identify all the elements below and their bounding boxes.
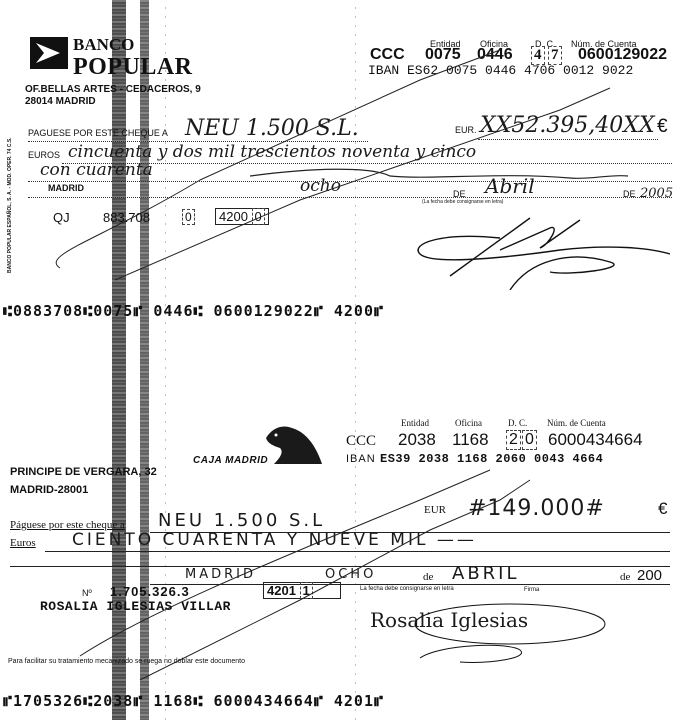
crossing-lines-cheque-2: [0, 440, 675, 680]
micr-line-2: ⑈1705326⑆2038⑈ 1168⑆ 6000434664⑈ 4201⑈: [3, 692, 384, 710]
header-oficina: Oficina: [455, 418, 482, 428]
footer-note: Para facilitar su tratamiento mecanizado…: [8, 658, 245, 665]
micr-line-1: ⑆0883708⑆0075⑈ 0446⑆ 0600129022⑈ 4200⑈: [3, 302, 384, 320]
header-dc: D. C.: [508, 418, 527, 428]
header-cuenta: Núm. de Cuenta: [547, 418, 606, 428]
header-entidad: Entidad: [401, 418, 429, 428]
crossing-lines-cheque-1: [0, 0, 675, 300]
